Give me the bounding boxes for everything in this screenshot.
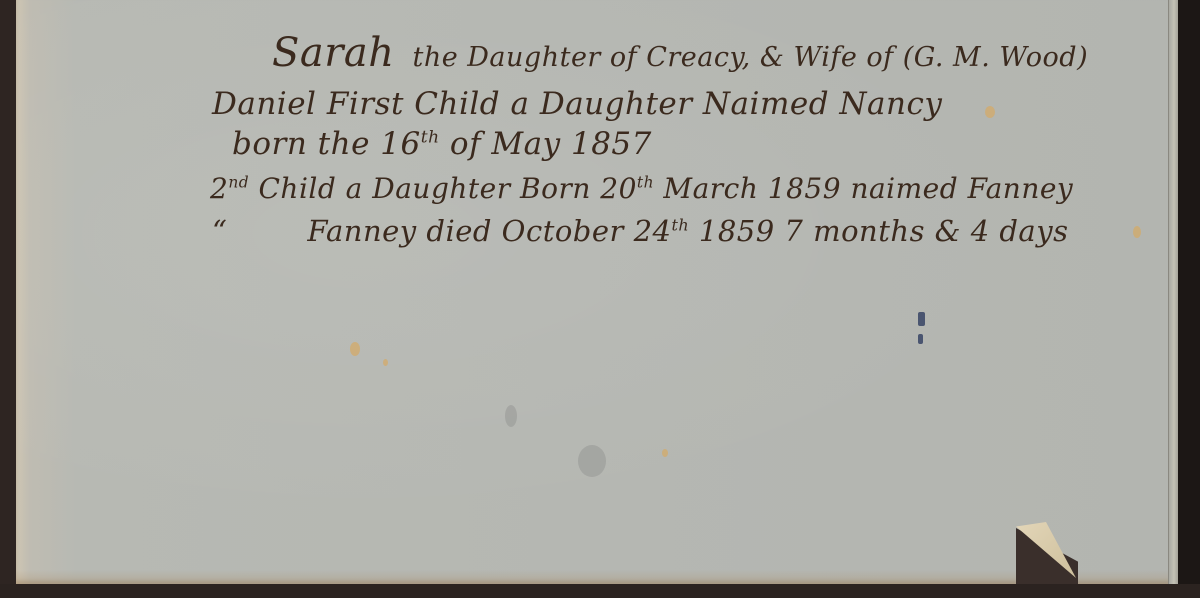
line-3-suffix: of May 1857	[440, 126, 652, 162]
ink-smudge	[578, 445, 606, 477]
line-4-lead-sup: nd	[228, 174, 249, 192]
binding-edge-left	[0, 0, 16, 598]
foxing-stain	[662, 449, 668, 457]
ink-speck	[918, 334, 923, 344]
name-sarah: Sarah	[272, 30, 394, 76]
record-line-4: 2nd Child a Daughter Born 20th March 185…	[210, 172, 1073, 205]
line-5-sup: th	[672, 215, 690, 234]
foxing-stain	[1133, 226, 1141, 238]
foxing-stain	[985, 106, 995, 118]
line-4-sup: th	[637, 174, 654, 192]
line-5-text-a: Fanney died October 24	[307, 214, 671, 248]
background-bottom	[0, 584, 1200, 598]
line-2-text: Daniel First Child a Daughter Naimed Nan…	[212, 86, 942, 122]
foxing-stain	[383, 359, 388, 366]
line-1-text: the Daughter of Creacy, & Wife of (G. M.…	[412, 42, 1088, 73]
record-line-3: born the 16th of May 1857	[232, 126, 652, 162]
line-4-text-b: March 1859 naimed Fanney	[654, 172, 1073, 205]
foxing-stain	[350, 342, 360, 356]
record-line-2: Daniel First Child a Daughter Naimed Nan…	[212, 86, 942, 122]
line-4-lead: 2	[210, 172, 228, 205]
record-line-1: Sarahthe Daughter of Creacy, & Wife of (…	[272, 30, 1088, 76]
line-5-text-b: 1859 7 months & 4 days	[689, 214, 1068, 248]
line-3-sup: th	[421, 128, 440, 148]
line-3-prefix: born the 16	[232, 126, 421, 162]
line-5-ditto-mark: “	[212, 214, 227, 248]
line-4-text-a: Child a Daughter Born 20	[249, 172, 637, 205]
ink-speck	[918, 312, 925, 326]
ink-smudge	[505, 405, 517, 427]
record-line-5: “Fanney died October 24th 1859 7 months …	[212, 214, 1068, 248]
background-right	[1178, 0, 1200, 598]
